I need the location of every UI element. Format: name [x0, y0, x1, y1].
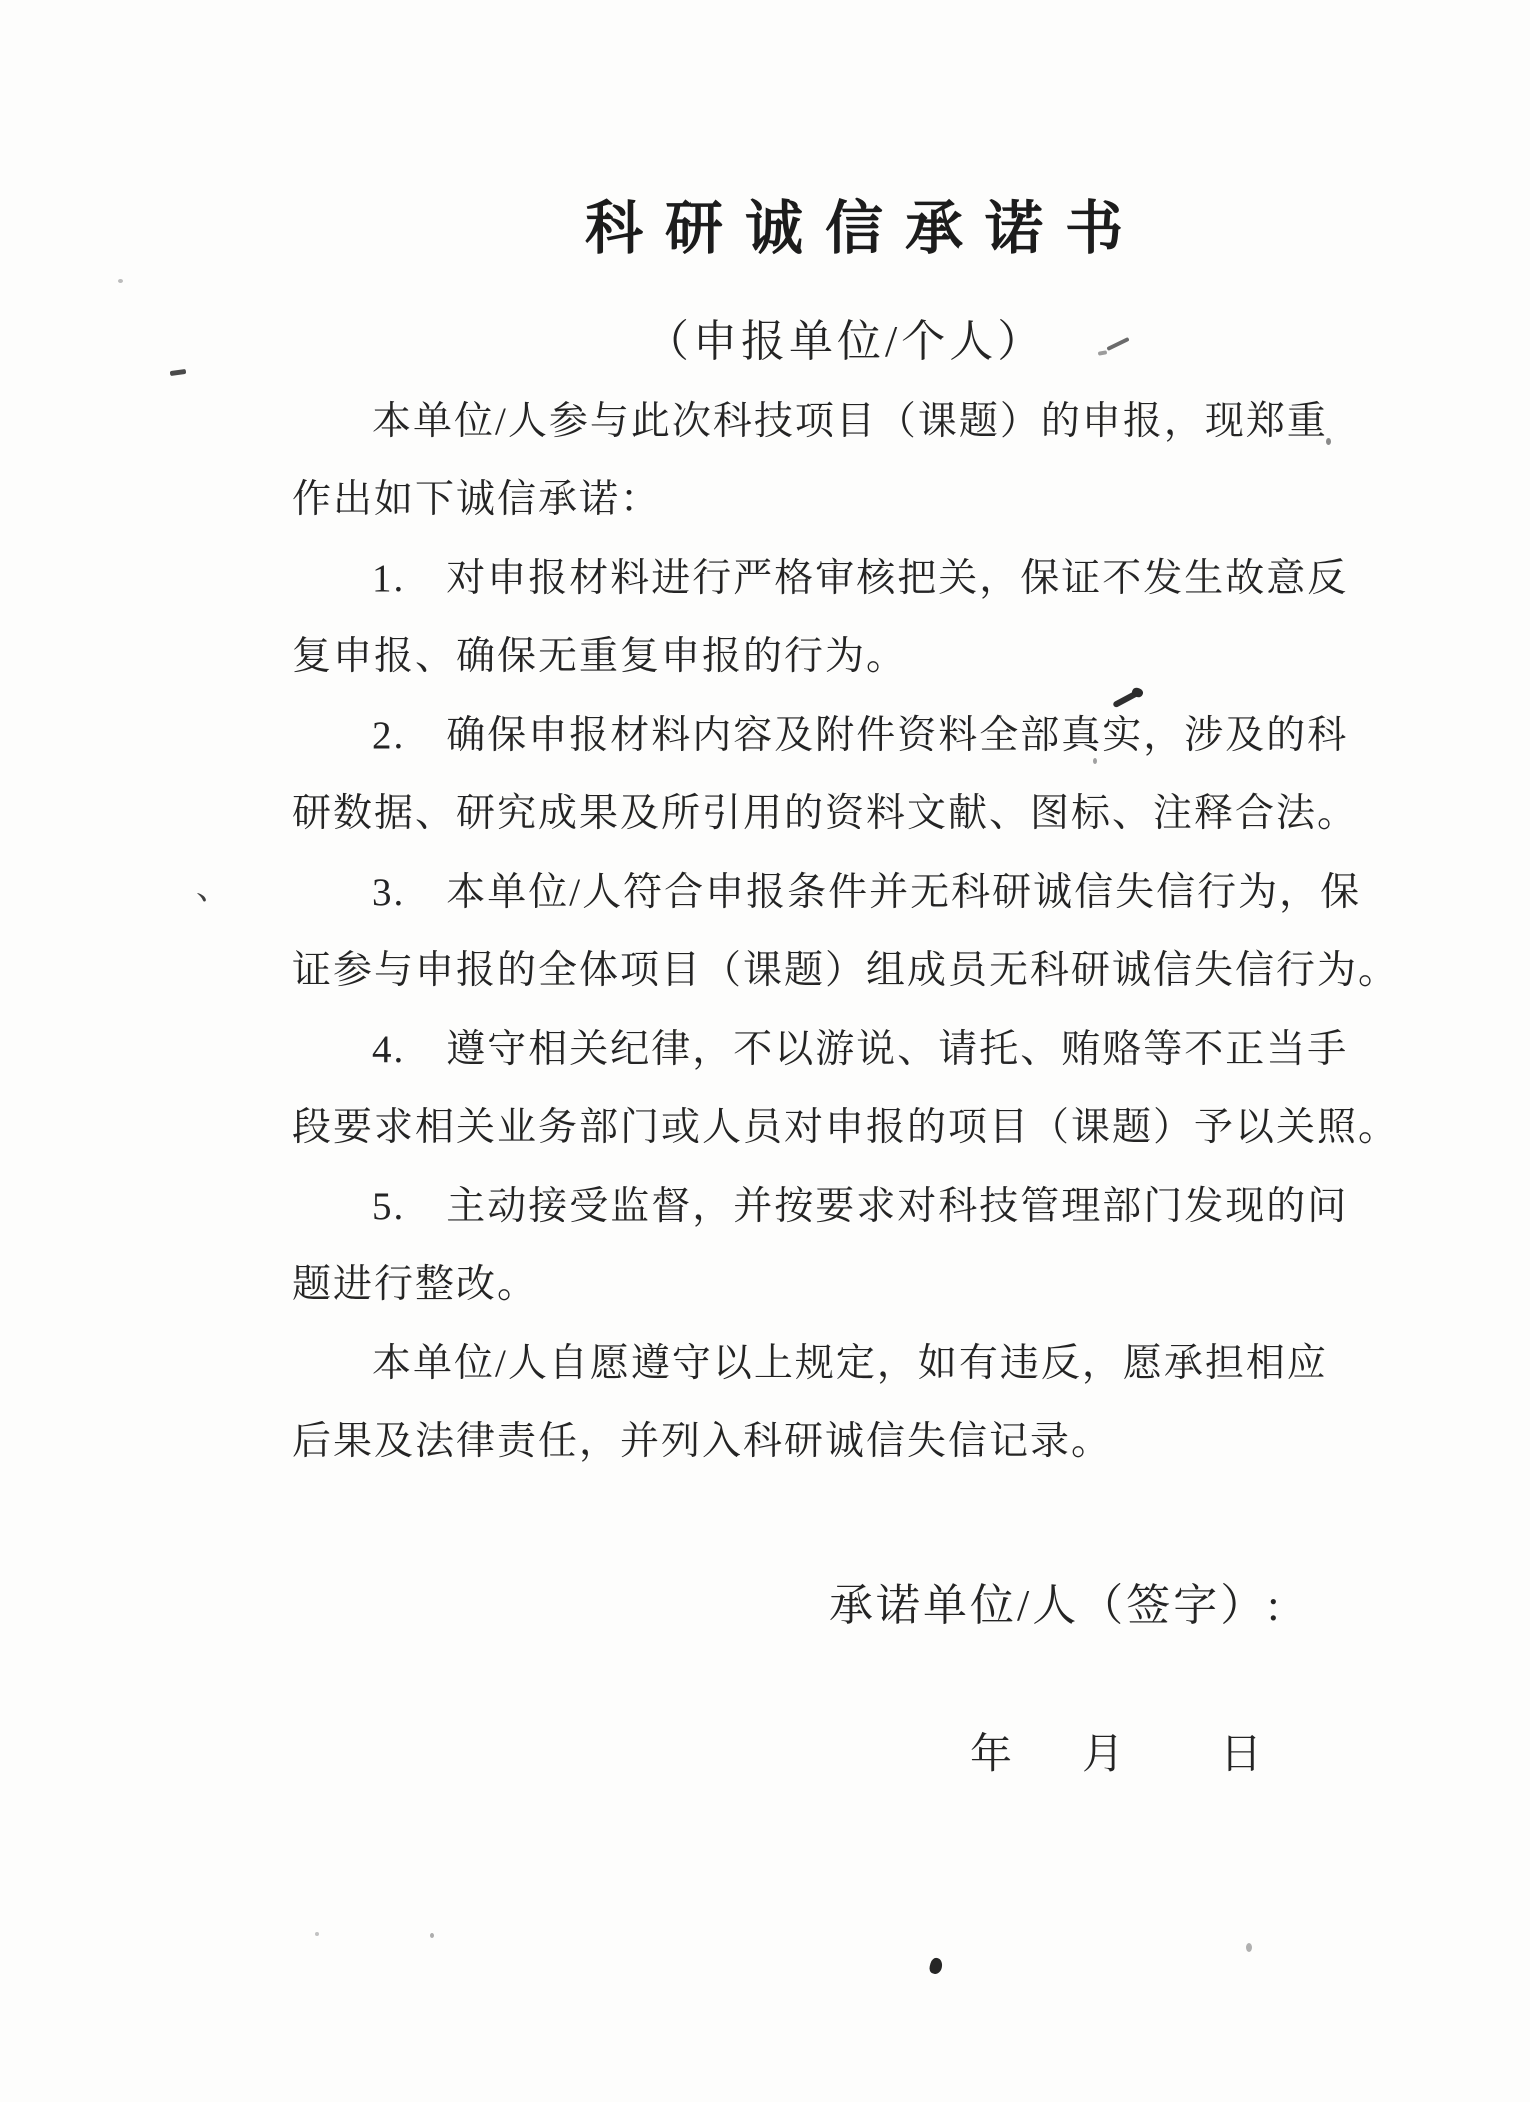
item-1-line-1: 1. 对申报材料进行严格审核把关，保证不发生故意反: [372, 557, 1348, 602]
document-title: 科研诚信承诺书: [585, 200, 1145, 258]
day-label: 日: [1220, 1732, 1262, 1778]
scan-speck-dash-left: [170, 369, 187, 376]
scan-speck-blob-bottom: [928, 1957, 944, 1975]
item-5-line-2: 题进行整改。: [292, 1263, 538, 1308]
item-4-line-2: 段要求相关业务部门或人员对申报的项目（课题）予以关照。: [292, 1106, 1399, 1151]
scan-speck-dot-bottomright: [1246, 1943, 1252, 1952]
intro-line-2: 作出如下诚信承诺：: [292, 478, 661, 523]
item-3-line-1: 3. 本单位/人符合申报条件并无科研诚信失信行为，保: [372, 871, 1361, 916]
year-label: 年: [970, 1732, 1012, 1778]
scan-speck-dot-bottom-2: [430, 1933, 434, 1938]
scan-speck-flick-top: [1106, 337, 1129, 351]
scan-speck-dot-bottom-1: [315, 1932, 319, 1936]
scan-speck-dot-topleft: [118, 279, 123, 283]
item-5-line-1: 5. 主动接受监督，并按要求对科技管理部门发现的问: [372, 1185, 1348, 1230]
closing-line-1: 本单位/人自愿遵守以上规定，如有违反，愿承担相应: [372, 1342, 1328, 1387]
stray-punctuation-mark: 、: [196, 872, 230, 906]
item-1-line-2: 复申报、确保无重复申报的行为。: [292, 635, 907, 680]
closing-line-2: 后果及法律责任，并列入科研诚信失信记录。: [292, 1420, 1112, 1465]
item-3-line-2: 证参与申报的全体项目（课题）组成员无科研诚信失信行为。: [292, 949, 1399, 994]
scan-smudge-item2-head: [1131, 686, 1144, 698]
scan-speck-flick-top-tail: [1098, 350, 1108, 356]
item-2-line-2: 研数据、研究成果及所引用的资料文献、图标、注释合法。: [292, 792, 1358, 837]
signature-label: 承诺单位/人（签字）:: [829, 1584, 1282, 1628]
intro-line-1: 本单位/人参与此次科技项目（课题）的申报，现郑重: [372, 400, 1328, 445]
month-label: 月: [1082, 1732, 1124, 1778]
item-2-line-1: 2. 确保申报材料内容及附件资料全部真实，涉及的科: [372, 714, 1348, 759]
document-subtitle: （申报单位/个人）: [645, 320, 1045, 364]
scan-smudge-item2: [1112, 690, 1140, 708]
item-4-line-1: 4. 遵守相关纪律，不以游说、请托、贿赂等不正当手: [372, 1028, 1348, 1073]
scanned-document-page: 科研诚信承诺书 （申报单位/个人） 本单位/人参与此次科技项目（课题）的申报，现…: [0, 0, 1530, 2102]
scan-speck-dot-item2: [1093, 758, 1097, 764]
date-line: 年月日: [928, 1692, 1262, 1818]
